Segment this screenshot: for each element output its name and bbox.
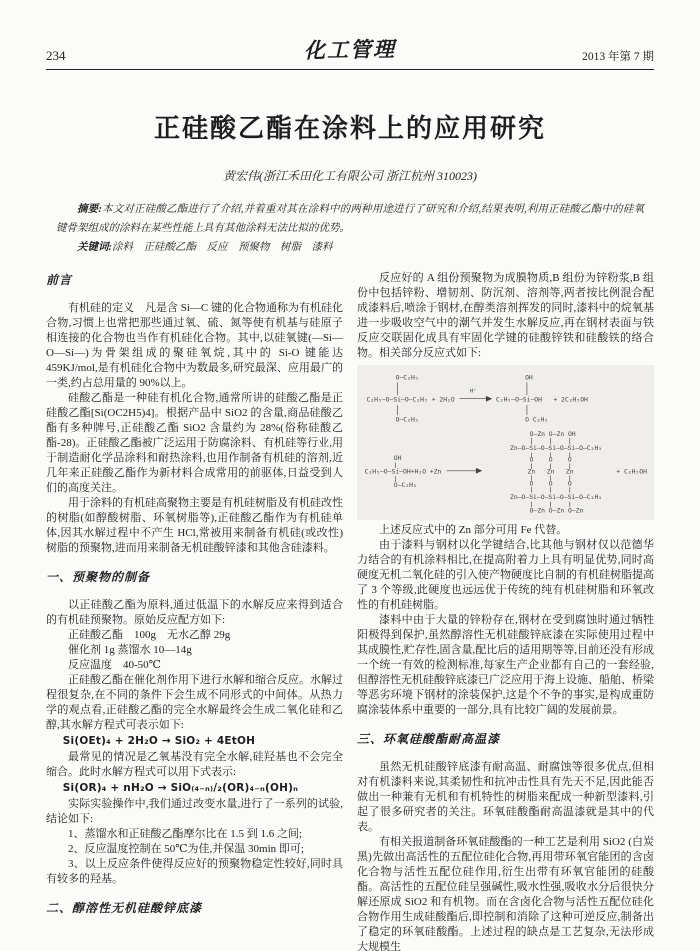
right-column: 反应好的 A 组份预聚物为成膜物质,B 组份为锌粉浆,B 组份中包括锌粉、增韧剂… [357, 271, 654, 951]
formula-text: O—Zn [549, 507, 565, 515]
formula-text: O—C₂H₅ [396, 416, 419, 424]
formula-text: Zn—O—Si—O—Si—O—Si—O—C₂H₅ [510, 444, 602, 452]
recipe-line: 正硅酸乙酯 100g 无水乙醇 29g [46, 628, 343, 643]
journal-page: 234 化工管理 2013 年第 7 期 正硅酸乙酯在涂料上的应用研究 黄宏伟(… [0, 0, 700, 951]
formula-text: + C₂H₅OH [616, 468, 647, 476]
formula-text: O—Zn [530, 430, 546, 438]
abstract-label: 摘要: [77, 204, 102, 215]
keywords-label: 关键词: [77, 242, 112, 253]
abstract-paragraph: 摘要:本文对正硅酸乙酯进行了介绍,并着重对其在涂料中的两种用途进行了研究和介绍,… [56, 200, 644, 238]
formula-text: Zn—O—Si—O—Si—O—Si—O—C₂H₅ [510, 493, 602, 501]
formula-text: OH [394, 454, 402, 462]
conclusion-item: 1、蒸馏水和正硅酸乙酯摩尔比在 1.5 到 1.6 之间; [46, 827, 343, 842]
section2-paragraph-2: 由于漆料与钢材以化学键结合,比其他与钢材仅以范德华力结合的有机涂料相比,在提高附… [357, 538, 654, 613]
journal-name: 化工管理 [166, 31, 534, 67]
section3-heading: 三、环氧硅酸酯耐高温漆 [357, 732, 654, 747]
issue-info: 2013 年第 7 期 [534, 48, 654, 64]
formula-text: O—Zn [530, 507, 546, 515]
page-number: 234 [46, 48, 166, 64]
section1-paragraph-3: 最常见的情况是乙氧基没有完全水解,硅羟基也不会完全缩合。此时水解方程式可以用下式… [46, 750, 343, 780]
abstract-block: 摘要:本文对正硅酸乙酯进行了介绍,并着重对其在涂料中的两种用途进行了研究和介绍,… [56, 200, 644, 257]
keywords-paragraph: 关键词:涂料 正硅酸乙酯 反应 预聚物 树脂 漆料 [56, 238, 644, 257]
intro-heading: 前言 [46, 273, 343, 288]
conclusion-item: 3、以上反应条件使得反应好的预聚物稳定性较好,同时具有较多的羟基。 [46, 857, 343, 887]
two-column-body: 前言 有机硅的定义 凡是含 Si—C 键的化合物通称为有机硅化合物,习惯上也常把… [46, 271, 654, 951]
author-line: 黄宏伟(浙江禾田化工有限公司 浙江杭州 310023) [46, 167, 654, 184]
hydrolysis-equation-2: Si(OR)₄ + nH₂O → SiO₍₄₋ₙ₎/₂(OR)₄₋ₙ(OH)ₙ [46, 781, 343, 796]
formula-text: + 2C₂H₅OH [553, 395, 588, 403]
section3-paragraph-2: 有相关报道制备环氧硅酸酯的一种工艺是利用 SiO2 (白炭黑)先做出高活性的五配… [357, 835, 654, 951]
header-divider [46, 69, 654, 70]
intro-paragraph-2: 硅酸乙酯是一种硅有机化合物,通常所讲的硅酸乙酯是正硅酸乙酯[Si(OC2H5)4… [46, 391, 343, 496]
formula-text: O C₂H₅ [525, 416, 548, 424]
section2-heading: 二、醇溶性无机硅酸锌底漆 [46, 901, 343, 916]
section1-heading: 一、预聚物的制备 [46, 570, 343, 585]
formula-text: O—Zn [568, 507, 584, 515]
reaction-note: 上述反应式中的 Zn 部分可用 Fe 代替。 [357, 523, 654, 538]
left-column: 前言 有机硅的定义 凡是含 Si—C 键的化合物通称为有机硅化合物,习惯上也常把… [46, 271, 343, 951]
conclusion-item: 2、反应温度控制在 50℃为佳,并保温 30min 即可; [46, 842, 343, 857]
section2-paragraph-1: 反应好的 A 组份预聚物为成膜物质,B 组份为锌粉浆,B 组份中包括锌粉、增韧剂… [357, 271, 654, 361]
formula-text: O—Zn [549, 430, 565, 438]
formula-text: C₂H₅—O—Si—OH [496, 395, 542, 403]
section3-paragraph-1: 虽然无机硅酸锌底漆有耐高温、耐腐蚀等很多优点,但相对有机漆料来说,其柔韧性和抗冲… [357, 760, 654, 835]
formula-text: O—C₂H₅ [394, 481, 417, 489]
section1-paragraph-4: 实际实验操作中,我们通过改变水量,进行了一系列的试验,结论如下: [46, 797, 343, 827]
section2-paragraph-3: 漆料中由于大量的锌粉存在,钢材在受到腐蚀时通过牺牲阳极得到保护,虽然醇溶性无机硅… [357, 613, 654, 718]
formula-text: C₂H₅—O—Si—O—C₂H₅ + 2H₂O [366, 395, 454, 403]
abstract-text: 本文对正硅酸乙酯进行了介绍,并着重对其在涂料中的两种用途进行了研究和介绍,结果表… [56, 204, 644, 234]
formula-text: O—C₂H₅ [396, 374, 419, 382]
page-header: 234 化工管理 2013 年第 7 期 [46, 34, 654, 64]
recipe-line: 反应温度 40-50℃ [46, 658, 343, 673]
intro-paragraph-3: 用于涂料的有机硅高聚物主要是有机硅树脂及有机硅改性的树脂(如醇酸树脂、环氧树脂等… [46, 496, 343, 556]
reaction-arrow [447, 468, 483, 474]
section1-paragraph-1: 以正硅酸乙酯为原料,通过低温下的水解反应来得到适合的有机硅预聚物。原始反应配方如… [46, 598, 343, 628]
article-title: 正硅酸乙酯在涂料上的应用研究 [46, 108, 654, 145]
recipe-line: 催化剂 1g 蒸馏水 10—14g [46, 643, 343, 658]
reaction-arrow [459, 396, 492, 402]
keywords-text: 涂料 正硅酸乙酯 反应 预聚物 树脂 漆料 [112, 242, 333, 253]
formula-text: OH [525, 374, 533, 382]
reaction-scheme-figure: O—C₂H₅ C₂H₅—O—Si—O—C₂H₅ + 2H₂O O—C₂H₅ H⁺… [357, 365, 654, 520]
hydrolysis-equation-1: Si(OEt)₄ + 2H₂O → SiO₂ + 4EtOH [46, 734, 343, 749]
section1-paragraph-2: 正硅酸乙酯在催化剂作用下进行水解和缩合反应。水解过程很复杂,在不同的条件下会生成… [46, 673, 343, 733]
catalyst-label: H⁺ [470, 388, 477, 394]
formula-text: C₂H₅—O—Si—OH+H₂O +Zn [365, 468, 442, 476]
formula-text: OH [568, 430, 576, 438]
intro-paragraph-1: 有机硅的定义 凡是含 Si—C 键的化合物通称为有机硅化合物,习惯上也常把那些通… [46, 301, 343, 391]
